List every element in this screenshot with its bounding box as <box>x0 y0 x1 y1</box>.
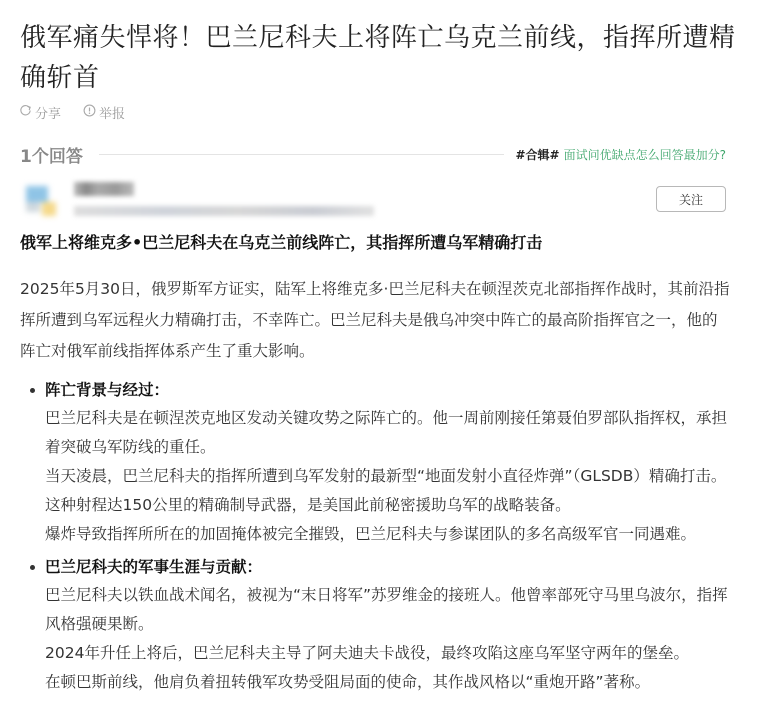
follow-button[interactable]: 关注 <box>656 186 726 212</box>
question-actions: 分享 举报 <box>19 103 125 122</box>
avatar[interactable] <box>20 180 64 220</box>
divider <box>99 154 504 155</box>
section-career: 巴兰尼科夫的军事生涯与贡献： 巴兰尼科夫以铁血战术闻名，被视为“末日将军”苏罗维… <box>28 553 738 697</box>
collection-hash: #合辑# <box>516 148 560 162</box>
report-icon <box>83 104 96 121</box>
section-paragraph: 当天凌晨，巴兰尼科夫的指挥所遭到乌军发射的最新型“地面发射小直径炸弹”（GLSD… <box>45 462 738 520</box>
answers-header: 1个回答 #合辑#面试问优缺点怎么回答最加分? <box>20 141 726 167</box>
share-icon <box>19 104 32 121</box>
section-title: 巴兰尼科夫的军事生涯与贡献： <box>28 553 738 581</box>
author-name-blurred[interactable] <box>74 182 134 196</box>
share-button[interactable]: 分享 <box>19 103 61 122</box>
report-label: 举报 <box>99 103 125 122</box>
section-paragraph: 2024年升任上将后，巴兰尼科夫主导了阿夫迪夫卡战役，最终攻陷这座乌军坚守两年的… <box>45 639 738 668</box>
answer-author: 关注 <box>20 176 726 226</box>
answer-heading: 俄军上将维克多•巴兰尼科夫在乌克兰前线阵亡，其指挥所遭乌军精确打击 <box>20 231 740 255</box>
section-paragraph: 爆炸导致指挥所所在的加固掩体被完全摧毁，巴兰尼科夫与参谋团队的多名高级军官一同遇… <box>45 520 738 549</box>
question-title: 俄军痛失悍将！巴兰尼科夫上将阵亡乌克兰前线，指挥所遭精确斩首 <box>20 18 740 98</box>
section-paragraph: 巴兰尼科夫是在顿涅茨克地区发动关键攻势之际阵亡的。他一周前刚接任第聂伯罗部队指挥… <box>45 404 738 462</box>
share-label: 分享 <box>35 103 61 122</box>
collection-tag: #合辑#面试问优缺点怎么回答最加分? <box>516 146 727 163</box>
section-title: 阵亡背景与经过： <box>28 376 738 404</box>
section-paragraph: 巴兰尼科夫以铁血战术闻名，被视为“末日将军”苏罗维金的接班人。他曾率部死守马里乌… <box>45 581 738 639</box>
answer-count: 1个回答 <box>20 142 83 167</box>
section-background: 阵亡背景与经过： 巴兰尼科夫是在顿涅茨克地区发动关键攻势之际阵亡的。他一周前刚接… <box>28 376 738 549</box>
collection-link[interactable]: 面试问优缺点怎么回答最加分? <box>564 148 726 162</box>
author-meta-blurred <box>74 206 374 216</box>
report-button[interactable]: 举报 <box>83 103 125 122</box>
answer-intro: 2025年5月30日，俄罗斯军方证实，陆军上将维克多·巴兰尼科夫在顿涅茨克北部指… <box>20 274 730 367</box>
section-paragraph: 在顿巴斯前线，他肩负着扭转俄军攻势受阻局面的使命，其作战风格以“重炮开路”著称。 <box>45 668 738 697</box>
